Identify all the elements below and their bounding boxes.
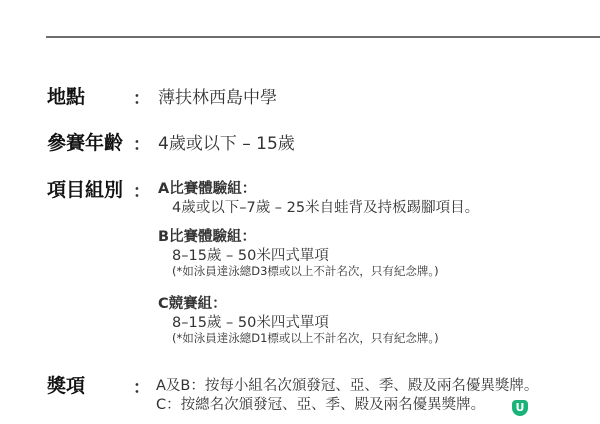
age-value: 4歲或以下 – 15歲: [158, 129, 295, 154]
age-colon: ：: [133, 130, 150, 155]
group-c-title: C競賽組：: [158, 292, 227, 313]
groups-colon: ：: [133, 177, 150, 202]
u-logo-icon: U: [512, 400, 528, 416]
venue-colon: ：: [133, 84, 150, 109]
group-b-title: B比賽體驗組：: [158, 225, 256, 246]
group-a-detail: 4歲或以下–7歲 – 25米自蛙背及持板踢腳項目。: [172, 196, 479, 217]
age-label: 參賽年齡: [47, 128, 123, 155]
award-line-c: C：按總名次頒發冠、亞、季、殿及兩名優異獎牌。: [156, 393, 485, 414]
awards-label: 獎項: [47, 371, 85, 398]
venue-value: 薄扶林西島中學: [158, 83, 277, 108]
divider-line: [46, 36, 600, 38]
award-line-ab: A及B：按每小組名次頒發冠、亞、季、殿及兩名優異獎牌。: [156, 374, 538, 395]
group-a-title: A比賽體驗組：: [158, 177, 256, 198]
group-c-note: (*如泳員達泳總D1標或以上不計名次，只有紀念牌。): [172, 330, 439, 346]
awards-colon: ：: [133, 373, 150, 398]
group-b-detail: 8–15歲 – 50米四式單項: [172, 244, 329, 265]
group-c-detail: 8–15歲 – 50米四式單項: [172, 311, 329, 332]
group-b-note: (*如泳員達泳總D3標或以上不計名次，只有紀念牌。): [172, 263, 439, 279]
groups-label: 項目組別: [47, 175, 123, 202]
venue-label: 地點: [47, 82, 85, 109]
